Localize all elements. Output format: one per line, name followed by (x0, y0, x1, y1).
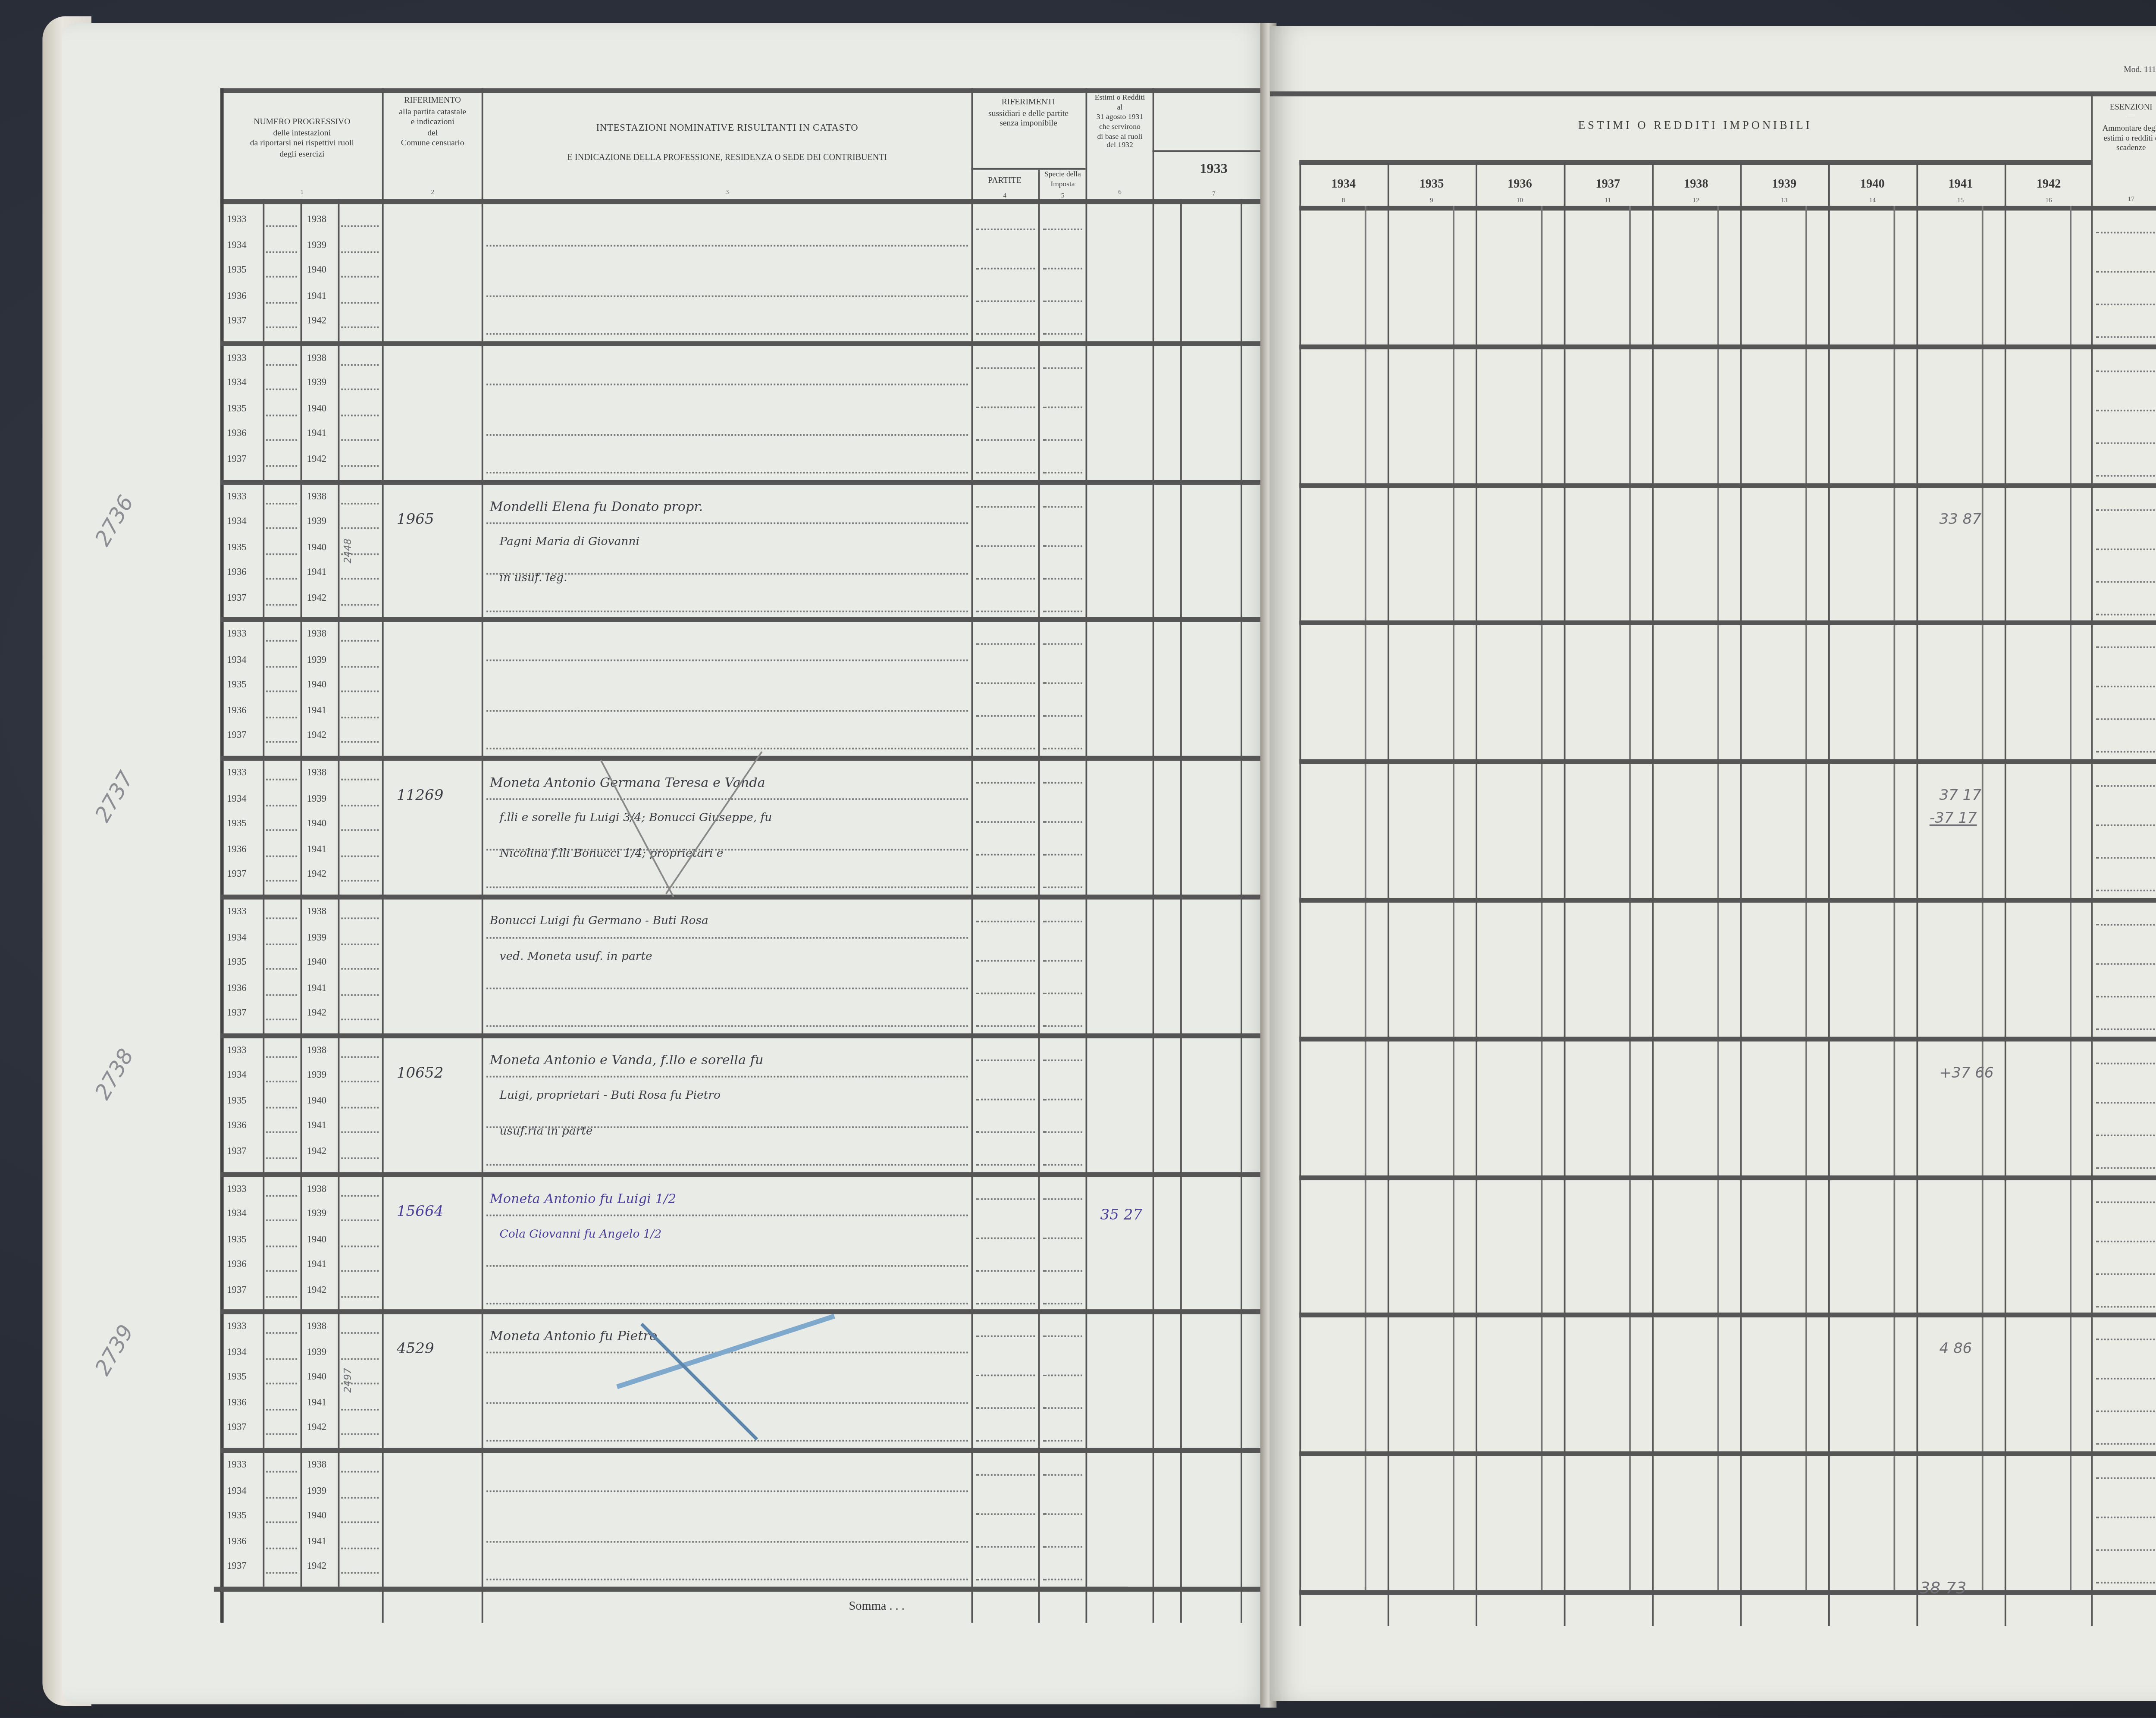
year-label: 1937 (227, 593, 246, 603)
header-riferimento: RIFERIMENTO alla partita catastale e ind… (384, 96, 482, 149)
holder-line: Mondelli Elena fu Donato propr. (490, 499, 703, 514)
year-label: 1933 (227, 1461, 246, 1471)
holder-line: Moneta Antonio Germana Teresa e Vanda (490, 776, 765, 790)
year-label: 1934 (227, 1487, 246, 1497)
year-label: 1935 (227, 958, 246, 968)
ledger-entry: 1933193819341939193519401936194119371942 (62, 341, 1273, 479)
year-label: 1941 (307, 430, 326, 440)
year-label: 1940 (307, 543, 326, 553)
year-label: 1933 (227, 354, 246, 364)
ledger-entry-values (1270, 1175, 2156, 1313)
year-label: 1935 (227, 404, 246, 414)
year-label: 1935 (227, 543, 246, 553)
sum-label: Somma . . . (849, 1598, 905, 1613)
year-label: 1941 (307, 1260, 326, 1270)
year-label: 1940 (307, 266, 326, 276)
header-estimi-1931: Estimi o Redditi al 31 agosto 1931 che s… (1087, 95, 1152, 152)
estimo-1932-value: 35 27 (1100, 1207, 1143, 1224)
year-label: 1935 (227, 1373, 246, 1383)
ledger-entry: 1933193819341939193519401936194119371942 (62, 202, 1273, 341)
year-label: 1938 (307, 1046, 326, 1056)
header-line: del 1932 (1087, 143, 1152, 152)
partita-number: 4529 (397, 1342, 434, 1359)
holder-line: f.lli e sorelle fu Luigi 3/4; Bonucci Gi… (499, 812, 772, 825)
year-label: 1941 (307, 292, 326, 301)
amount-1941: 37 17 (1939, 789, 1981, 805)
column-number: 12 (1652, 196, 1740, 204)
year-label: 1936 (227, 430, 246, 440)
year-label: 1936 (227, 1260, 246, 1270)
year-label: 1942 (307, 455, 326, 465)
ledger-entry-values (1270, 344, 2156, 483)
column-number: 17 (2091, 194, 2156, 202)
scanned-ledger-spread: NUMERO PROGRESSIVO delle intestazioni da… (0, 0, 2156, 1718)
year-label: 1938 (307, 492, 326, 502)
holder-line: Moneta Antonio fu Luigi 1/2 (490, 1191, 676, 1206)
holder-line: ved. Moneta usuf. in parte (499, 950, 652, 963)
year-label: 1942 (307, 1563, 326, 1573)
column-number: 3 (483, 188, 971, 196)
year-label: 1934 (227, 656, 246, 666)
ledger-entry-values: 37 17-37 17 (1270, 759, 2156, 898)
year-label: 1933 (227, 216, 246, 226)
year-label: 1941 (307, 707, 326, 717)
header-line: di base ai ruoli (1087, 133, 1152, 143)
year-label: 1940 (307, 1373, 326, 1383)
column-number: 5 (1040, 191, 1085, 199)
year-label: 1934 (227, 1072, 246, 1082)
ledger-entry-values: 4 86 (1270, 1313, 2156, 1452)
year-label: 1934 (227, 933, 246, 943)
holder-line: Moneta Antonio e Vanda, f.llo e sorella … (490, 1053, 764, 1067)
amount-1941-correction: -37 17 (1930, 812, 1977, 828)
year-label: 1936 (227, 1537, 246, 1547)
holder-line: usuf.ria in parte (499, 1125, 592, 1138)
amount-1941: +37 66 (1939, 1066, 1993, 1082)
header-riferimenti-sussidiari: RIFERIMENTI sussidiari e delle partite s… (971, 98, 1085, 130)
year-label: 1939 (307, 1210, 326, 1220)
year-label: 1938 (307, 769, 326, 779)
year-label: 1941 (307, 1399, 326, 1409)
header-specie-imposta: Specie della Imposta (1040, 170, 1085, 188)
ledger-entry: 1933193819341939193519401936194119371942… (62, 1033, 1273, 1172)
year-label: 1942 (307, 1009, 326, 1019)
header-line: NUMERO PROGRESSIVO (222, 118, 382, 129)
header-year-1941: 1941 (1916, 176, 2004, 191)
year-label: 1940 (307, 1097, 326, 1107)
ledger-entry: 1933193819341939193519401936194119371942… (62, 1172, 1273, 1310)
year-label: 1936 (227, 1399, 246, 1409)
year-label: 1934 (227, 379, 246, 389)
year-label: 1938 (307, 354, 326, 364)
holder-line: Bonucci Luigi fu Germano - Buti Rosa (490, 914, 708, 927)
year-label: 1939 (307, 656, 326, 666)
year-label: 1935 (227, 1097, 246, 1107)
year-label: 1936 (227, 845, 246, 855)
column-number: 1 (222, 188, 382, 196)
year-label: 1938 (307, 216, 326, 226)
column-number: 8 (1299, 196, 1387, 204)
year-label: 1934 (227, 794, 246, 804)
header-line: RIFERIMENTI (971, 98, 1085, 109)
year-label: 1942 (307, 732, 326, 742)
year-label: 1935 (227, 1512, 246, 1522)
year-label: 1938 (307, 1323, 326, 1333)
year-label: 1935 (227, 681, 246, 691)
ledger-entry-values (1270, 1452, 2156, 1590)
header-professione: E INDICAZIONE DELLA PROFESSIONE, RESIDEN… (483, 154, 971, 164)
year-label: 1940 (307, 958, 326, 968)
year-label: 1939 (307, 241, 326, 251)
year-label: 1939 (307, 933, 326, 943)
ledger-entry: 1933193819341939193519401936194119371942… (62, 1310, 1273, 1448)
header-intestazioni: INTESTAZIONI NOMINATIVE RISULTANTI IN CA… (483, 124, 971, 136)
header-year-1938: 1938 (1652, 176, 1740, 191)
header-line: delle intestazioni (222, 128, 382, 139)
header-line: Comune censuario (384, 139, 482, 150)
column-number: 7 (1154, 189, 1273, 198)
header-line: del (384, 128, 482, 139)
header-line: alla partita catastale (384, 107, 482, 118)
year-label: 1937 (227, 870, 246, 880)
year-label: 1940 (307, 1512, 326, 1522)
year-label: 1934 (227, 517, 246, 527)
header-year-1935: 1935 (1388, 176, 1476, 191)
header-line: sussidiari e delle partite (971, 109, 1085, 119)
ledger-entry: 1933193819341939193519401936194119371942… (62, 479, 1273, 618)
column-number: 2 (384, 188, 482, 196)
year-label: 1933 (227, 492, 246, 502)
year-label: 1937 (227, 1563, 246, 1573)
ledger-entry-values: 33 87 (1270, 483, 2156, 621)
year-label: 1935 (227, 1235, 246, 1245)
year-label: 1942 (307, 1147, 326, 1157)
header-line: degli esercizi (222, 149, 382, 160)
header-line: al (1087, 104, 1152, 114)
year-label: 1941 (307, 984, 326, 994)
year-label: 1938 (307, 908, 326, 918)
ledger-entry-values (1270, 898, 2156, 1036)
year-label: 1936 (227, 292, 246, 301)
year-label: 1934 (227, 241, 246, 251)
partita-number: 10652 (397, 1066, 443, 1082)
year-label: 1935 (227, 820, 246, 830)
year-label: 1940 (307, 681, 326, 691)
year-label: 1938 (307, 631, 326, 641)
column-number: 11 (1564, 196, 1652, 204)
year-label: 1937 (227, 1424, 246, 1434)
year-label: 1940 (307, 1235, 326, 1245)
year-label: 1937 (227, 1286, 246, 1296)
sum-total-1941: 38 73 (1920, 1580, 1966, 1599)
form-id: Mod. 111 - Imposte Dirette (Intercalare)… (2124, 65, 2156, 75)
year-label: 1941 (307, 1122, 326, 1132)
year-label: 1942 (307, 1424, 326, 1434)
header-line: Ammontare degli estimi o redditi e scade… (2091, 125, 2156, 156)
year-label: 1938 (307, 1461, 326, 1471)
header-numero-progressivo: NUMERO PROGRESSIVO delle intestazioni da… (222, 118, 382, 160)
year-label: 1936 (227, 984, 246, 994)
year-label: 1937 (227, 732, 246, 742)
header-line: da riportarsi nei rispettivi ruoli (222, 139, 382, 150)
right-page: Mod. 111 - Imposte Dirette (Intercalare)… (1270, 26, 2156, 1701)
header-estimi-redditi: ESTIMI O REDDITI IMPONIBILI (1299, 119, 2091, 133)
holder-line: Moneta Antonio fu Pietro (490, 1329, 658, 1344)
ledger-entry: 1933193819341939193519401936194119371942 (62, 1448, 1273, 1587)
header-line: — (2091, 115, 2156, 125)
year-label: 1939 (307, 1072, 326, 1082)
header-line: che servirono (1087, 123, 1152, 133)
holder-line: Cola Giovanni fu Angelo 1/2 (499, 1227, 661, 1240)
year-label: 1939 (307, 517, 326, 527)
amount-1941: 33 87 (1939, 512, 1981, 528)
year-label: 1936 (227, 707, 246, 717)
year-label: 1941 (307, 1537, 326, 1547)
amount-1941: 4 86 (1939, 1342, 1972, 1359)
year-label: 1933 (227, 908, 246, 918)
column-number: 15 (1916, 196, 2004, 204)
year-label: 1933 (227, 631, 246, 641)
column-number: 9 (1388, 196, 1476, 204)
year-label: 1937 (227, 1009, 246, 1019)
partita-number: 11269 (397, 789, 443, 805)
header-year-1936: 1936 (1476, 176, 1564, 191)
year-label: 1939 (307, 379, 326, 389)
year-label: 1941 (307, 845, 326, 855)
year-label: 1936 (227, 568, 246, 578)
year-label: 1939 (307, 1348, 326, 1358)
side-reference: 2448 (343, 538, 354, 563)
holder-line: Luigi, proprietari - Buti Rosa fu Pietro (499, 1088, 721, 1101)
header-year-1940: 1940 (1828, 176, 1916, 191)
header-line: RIFERIMENTO (384, 96, 482, 107)
year-label: 1934 (227, 1210, 246, 1220)
year-label: 1939 (307, 794, 326, 804)
holder-line: Pagni Maria di Giovanni (499, 535, 639, 548)
year-label: 1941 (307, 568, 326, 578)
left-page: NUMERO PROGRESSIVO delle intestazioni da… (62, 23, 1273, 1704)
header-esenzioni: ESENZIONI — Ammontare degli estimi o red… (2091, 104, 2156, 155)
year-label: 1942 (307, 593, 326, 603)
header-year-1942: 1942 (2005, 176, 2093, 191)
header-year-1933: 1933 (1154, 160, 1273, 176)
column-number: 10 (1476, 196, 1564, 204)
year-label: 1942 (307, 870, 326, 880)
year-label: 1940 (307, 404, 326, 414)
year-label: 1942 (307, 317, 326, 326)
year-label: 1937 (227, 317, 246, 326)
ledger-entry: 1933193819341939193519401936194119371942 (62, 618, 1273, 756)
header-line: e indicazioni (384, 118, 482, 129)
year-label: 1940 (307, 820, 326, 830)
column-number: 6 (1087, 188, 1152, 196)
header-line: 31 agosto 1931 (1087, 114, 1152, 123)
year-label: 1933 (227, 1046, 246, 1056)
year-label: 1933 (227, 769, 246, 779)
header-year-1939: 1939 (1740, 176, 1828, 191)
year-label: 1937 (227, 1147, 246, 1157)
partita-number: 15664 (397, 1204, 443, 1220)
column-number: 16 (2005, 196, 2093, 204)
column-number: 4 (971, 191, 1038, 199)
column-number: 14 (1828, 196, 1916, 204)
ledger-entry-values (1270, 206, 2156, 344)
header-year-1934: 1934 (1299, 176, 1387, 191)
ledger-entry: 1933193819341939193519401936194119371942… (62, 756, 1273, 894)
year-label: 1937 (227, 455, 246, 465)
year-label: 1933 (227, 1185, 246, 1194)
year-label: 1933 (227, 1323, 246, 1333)
year-label: 1939 (307, 1487, 326, 1497)
ledger-entry-values: +37 66 (1270, 1036, 2156, 1175)
year-label: 1934 (227, 1348, 246, 1358)
year-label: 1935 (227, 266, 246, 276)
header-line: ESENZIONI (2091, 104, 2156, 115)
partita-number: 1965 (397, 512, 434, 528)
ledger-entry: 1933193819341939193519401936194119371942… (62, 895, 1273, 1033)
ledger-entry-values (1270, 621, 2156, 759)
header-year-1937: 1937 (1564, 176, 1652, 191)
holder-line: in usuf. leg. (499, 571, 567, 583)
column-number: 13 (1740, 196, 1828, 204)
header-line: senza imponibile (971, 119, 1085, 130)
year-label: 1936 (227, 1122, 246, 1132)
header-partite: PARTITE (971, 176, 1038, 187)
side-reference: 2497 (343, 1368, 354, 1393)
year-label: 1938 (307, 1185, 326, 1194)
year-label: 1942 (307, 1286, 326, 1296)
header-line: Estimi o Redditi (1087, 95, 1152, 104)
